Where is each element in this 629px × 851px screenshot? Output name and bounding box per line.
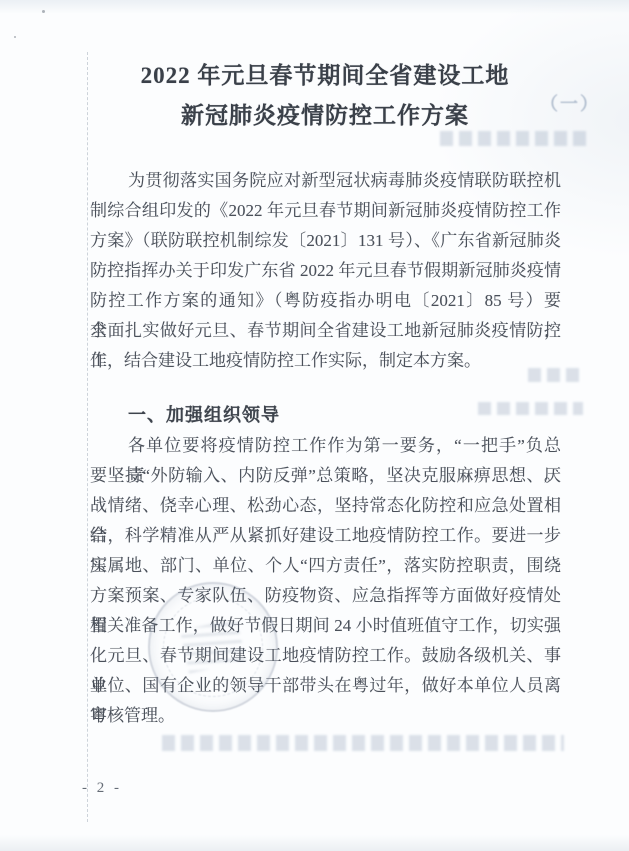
document-title-line-2: 新冠肺炎疫情防控工作方案 bbox=[80, 96, 570, 136]
text-line: 审核管理。 bbox=[90, 701, 561, 731]
text-line: 要坚持“外防输入、内防反弹”总策略，坚决克服麻痹思想、厌 bbox=[90, 461, 561, 491]
binding-fold-line bbox=[87, 52, 88, 822]
bleed-through-text: （一） bbox=[540, 90, 600, 116]
text-line: 防控工作方案的通知》（粤防疫指办明电〔2021〕85 号）要求， bbox=[90, 286, 561, 316]
text-line: 各单位要将疫情防控工作作为第一要务，“一把手”负总责。 bbox=[90, 431, 561, 461]
document-title-line-1: 2022 年元旦春节期间全省建设工地 bbox=[80, 56, 570, 96]
bleed-through-strip bbox=[528, 368, 580, 382]
text-line: 方案》（联防联控机制综发〔2021〕131 号）、《广东省新冠肺炎 bbox=[90, 226, 561, 256]
text-line: 防控指挥办关于印发广东省 2022 年元旦春节假期新冠肺炎疫情 bbox=[90, 256, 561, 286]
text-line: 全面扎实做好元旦、春节期间全省建设工地新冠肺炎疫情防控工 bbox=[90, 316, 561, 346]
text-line: 合，科学精准从严从紧抓好建设工地疫情防控工作。要进一步压 bbox=[90, 521, 561, 551]
page-number: - 2 - bbox=[82, 780, 122, 797]
paragraph: 为贯彻落实国务院应对新型冠状病毒肺炎疫情联防联控机制综合组印发的《2022 年元… bbox=[90, 166, 561, 376]
text-line: 战情绪、侥幸心理、松劲心态，坚持常态化防控和应急处置相结 bbox=[90, 491, 561, 521]
text-line: 实属地、部门、单位、个人“四方责任”，落实防控职责，围绕 bbox=[90, 551, 561, 581]
bleed-through-strip bbox=[440, 131, 592, 146]
paper-speck bbox=[14, 36, 16, 38]
bleed-through-strip bbox=[478, 402, 583, 415]
bleed-through-strip bbox=[162, 735, 564, 751]
official-seal-stamp bbox=[148, 582, 278, 712]
text-line: 为贯彻落实国务院应对新型冠状病毒肺炎疫情联防联控机 bbox=[90, 166, 561, 196]
paper-speck bbox=[42, 10, 45, 13]
document-title: 2022 年元旦春节期间全省建设工地 新冠肺炎疫情防控工作方案 bbox=[80, 56, 570, 136]
text-line: 作，结合建设工地疫情防控工作实际，制定本方案。 bbox=[90, 346, 561, 376]
text-line: 制综合组印发的《2022 年元旦春节期间新冠肺炎疫情防控工作 bbox=[90, 196, 561, 226]
scanned-document-page: 2022 年元旦春节期间全省建设工地 新冠肺炎疫情防控工作方案 为贯彻落实国务院… bbox=[0, 0, 629, 851]
